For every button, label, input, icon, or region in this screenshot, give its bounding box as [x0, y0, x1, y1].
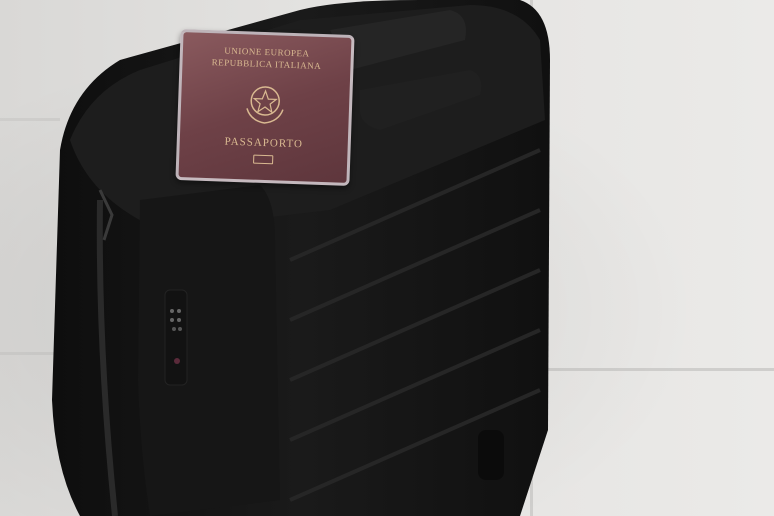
italian-emblem-icon — [236, 78, 294, 128]
combination-lock-icon — [165, 290, 187, 385]
passport-title: PASSAPORTO — [180, 134, 348, 152]
biometric-chip-icon — [253, 155, 273, 165]
suitcase — [0, 0, 774, 516]
photo-scene: UNIONE EUROPEA REPUBBLICA ITALIANA PASSA… — [0, 0, 774, 516]
passport: UNIONE EUROPEA REPUBBLICA ITALIANA PASSA… — [175, 29, 354, 186]
